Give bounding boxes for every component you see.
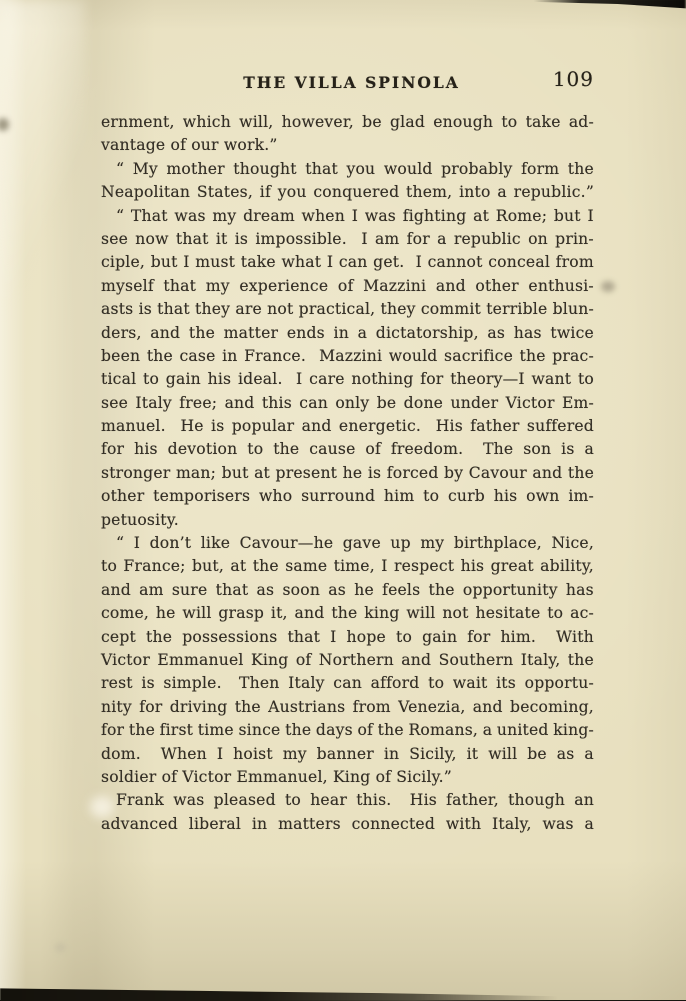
text-line: ders,andthematterendsinadictatorship,ash… bbox=[101, 322, 594, 345]
text-line: ticaltogainhisideal.Icarenothingfortheor… bbox=[101, 368, 594, 391]
text-line: petuosity. bbox=[101, 509, 594, 532]
text-line: seenowthatitisimpossible.Iamforarepublic… bbox=[101, 228, 594, 251]
text-line: “ThatwasmydreamwhenIwasfightingatRome;bu… bbox=[101, 205, 594, 228]
text-line: “Idon’tlikeCavour—hegaveupmybirthplace,N… bbox=[101, 532, 594, 555]
text-line: Frankwaspleasedtohearthis.Hisfather,thou… bbox=[101, 789, 594, 812]
text-line: NeapolitanStates,ifyouconqueredthem,into… bbox=[101, 181, 594, 204]
text-line: come,hewillgraspit,andthekingwillnothesi… bbox=[101, 602, 594, 625]
text-line: vantage of our work.” bbox=[101, 134, 594, 157]
text-line: ceptthepossessionsthatIhopetogainforhim.… bbox=[101, 626, 594, 649]
text-line: manuel.Heispopularandenergetic.Hisfather… bbox=[101, 415, 594, 438]
text-line: toFrance;but,atthesametime,Irespecthisgr… bbox=[101, 555, 594, 578]
text-line: soldier of Victor Emmanuel, King of Sici… bbox=[101, 766, 594, 789]
text-line: VictorEmmanuelKingofNorthernandSouthernI… bbox=[101, 649, 594, 672]
text-line: dom.WhenIhoistmybannerinSicily,itwillbea… bbox=[101, 743, 594, 766]
page-left-edge-highlight bbox=[0, 0, 84, 350]
text-line: myselfthatmyexperienceofMazziniandothere… bbox=[101, 275, 594, 298]
text-line: strongerman;butatpresentheisforcedbyCavo… bbox=[101, 462, 594, 485]
text-line: seeItalyfree;andthiscanonlybedoneunderVi… bbox=[101, 392, 594, 415]
text-line: advancedliberalinmattersconnectedwithIta… bbox=[101, 813, 594, 836]
page-number: 109 bbox=[553, 67, 594, 91]
running-title: THE VILLA SPINOLA bbox=[105, 73, 598, 92]
text-line: “Mymotherthoughtthatyouwouldprobablyform… bbox=[101, 158, 594, 181]
bottom-speck bbox=[55, 943, 66, 952]
right-margin-smudge bbox=[601, 281, 615, 292]
text-line: forhisdevotiontothecauseoffreedom.Theson… bbox=[101, 438, 594, 461]
text-line: forthefirsttimesincethedaysoftheRomans,a… bbox=[101, 719, 594, 742]
page-corner-shadow bbox=[534, 0, 686, 11]
book-page-scan: THE VILLA SPINOLA 109 ernment,whichwill,… bbox=[0, 0, 686, 1000]
text-line: restissimple.ThenItalycanaffordtowaitits… bbox=[101, 672, 594, 695]
text-line: othertemporiserswhosurroundhimtocurbhiso… bbox=[101, 485, 594, 508]
page-text: ernment,whichwill,however,begladenoughto… bbox=[101, 111, 594, 836]
text-line: ciple,butImusttakewhatIcanget.Icannotcon… bbox=[101, 251, 594, 274]
text-line: beenthecaseinFrance.Mazziniwouldsacrific… bbox=[101, 345, 594, 368]
text-line: nityfordrivingtheAustriansfromVenezia,an… bbox=[101, 696, 594, 719]
page-bottom-edge-shadow bbox=[0, 987, 575, 1000]
text-line: andamsurethatassoonashefeelstheopportuni… bbox=[101, 579, 594, 602]
text-line: ernment,whichwill,however,begladenoughto… bbox=[101, 111, 594, 134]
text-line: astsisthattheyarenotpractical,theycommit… bbox=[101, 298, 594, 321]
